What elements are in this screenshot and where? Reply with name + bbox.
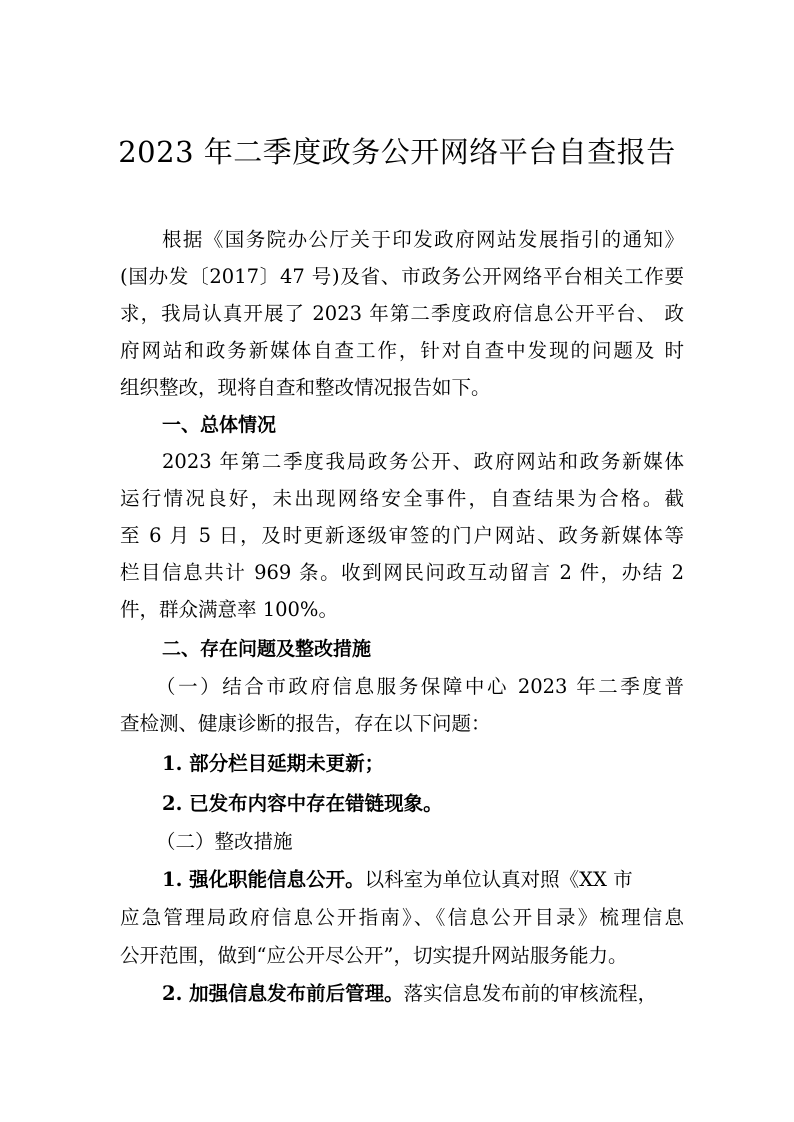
- intro-line-1: 根据《国务院办公厅关于印发政府网站发展指引的通知》: [162, 226, 684, 254]
- section1-line-1: 2023 年第二季度我局政务公开、政府网站和政务新媒体: [162, 448, 684, 476]
- measure1-line-1: 1. 强化职能信息公开。以科室为单位认真对照《XX 市: [162, 866, 684, 894]
- sub1-line-1: （一）结合市政府信息服务保障中心 2023 年二季度普: [156, 673, 684, 701]
- measure1-line-3: 公开范围，做到“应公开尽公开”，切实提升网站服务能力。: [120, 942, 684, 970]
- section1-line-2: 运行情况良好，未出现网络安全事件，自查结果为合格。截: [120, 485, 684, 513]
- document-page: 2023 年二季度政务公开网络平台自查报告 根据《国务院办公厅关于印发政府网站发…: [0, 0, 794, 1122]
- section1-heading: 一、总体情况: [162, 411, 684, 439]
- section1-line-5: 件，群众满意率 100%。: [120, 596, 684, 624]
- intro-line-5: 组织整改，现将自查和整改情况报告如下。: [120, 374, 684, 402]
- sub2-heading: （二）整改措施: [156, 828, 684, 856]
- measure2-line-1: 2. 加强信息发布前后管理。落实信息发布前的审核流程，: [162, 980, 684, 1008]
- section2-heading: 二、存在问题及整改措施: [162, 635, 684, 663]
- intro-line-2: (国办发〔2017〕47 号)及省、市政务公开网络平台相关工作要: [120, 263, 684, 291]
- problem-2: 2. 已发布内容中存在错链现象。: [162, 790, 684, 818]
- measure1-title: 1. 强化职能信息公开。: [162, 868, 365, 891]
- measure1-line-2: 应急管理局政府信息公开指南》、《信息公开目录》梳理信息: [120, 904, 684, 932]
- measure1-text: 以科室为单位认真对照《XX 市: [365, 868, 633, 891]
- section1-line-4: 栏目信息共计 969 条。收到网民问政互动留言 2 件，办结 2: [120, 559, 684, 587]
- measure2-text: 落实信息发布前的审核流程，: [404, 982, 658, 1005]
- section1-line-3: 至 6 月 5 日，及时更新逐级审签的门户网站、政务新媒体等: [120, 522, 684, 550]
- intro-line-3: 求，我局认真开展了 2023 年第二季度政府信息公开平台、 政: [120, 300, 684, 328]
- sub1-line-2: 查检测、健康诊断的报告，存在以下问题：: [120, 710, 684, 738]
- intro-line-4: 府网站和政务新媒体自查工作，针对自查中发现的问题及 时: [120, 337, 684, 365]
- problem-1: 1. 部分栏目延期未更新；: [162, 750, 684, 778]
- measure2-title: 2. 加强信息发布前后管理。: [162, 982, 404, 1005]
- document-title: 2023 年二季度政务公开网络平台自查报告: [0, 132, 794, 172]
